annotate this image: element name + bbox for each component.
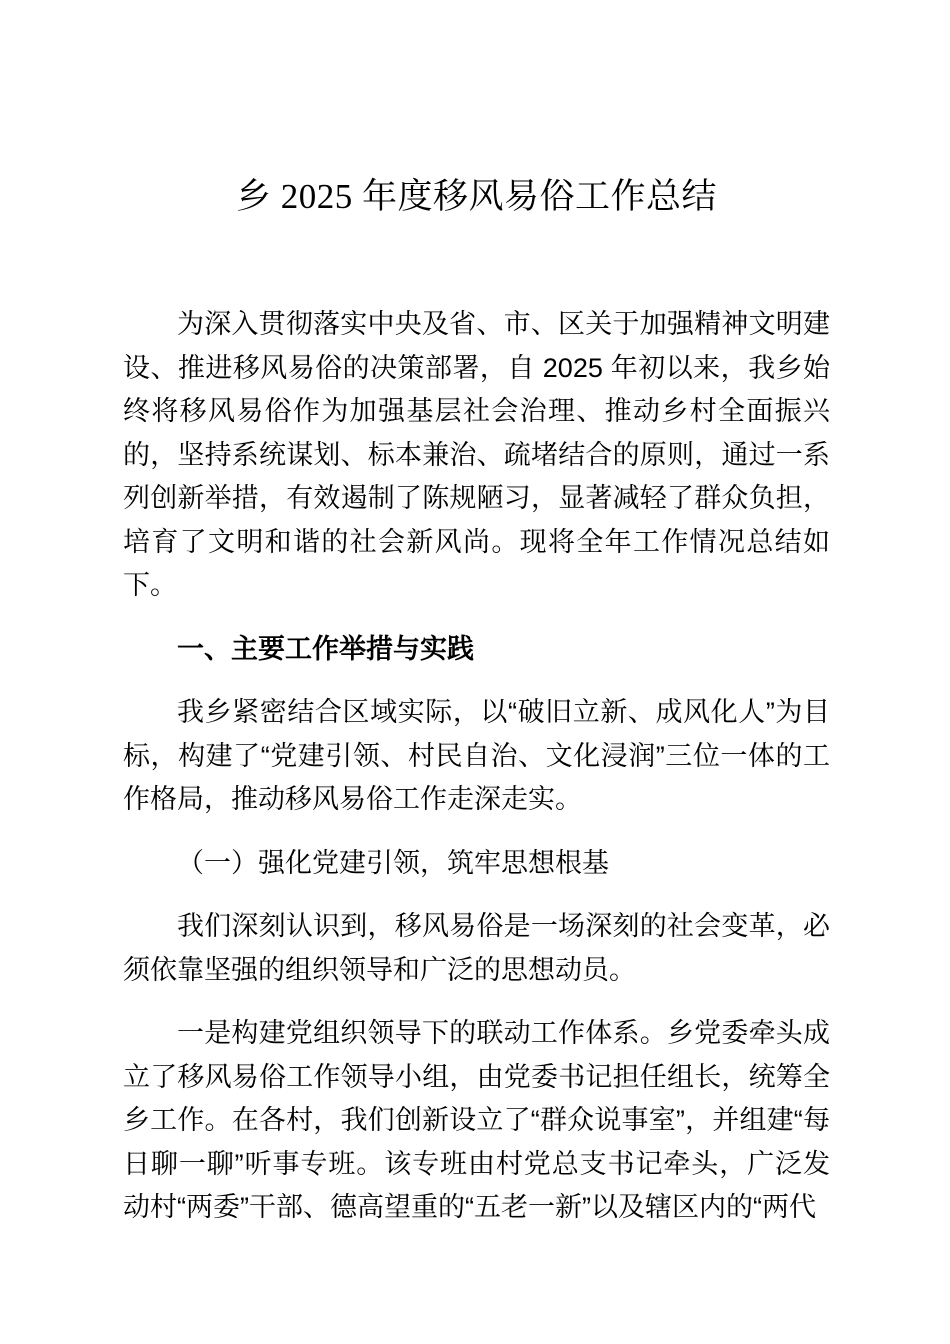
paragraph-intro: 为深入贯彻落实中央及省、市、区关于加强精神文明建设、推进移风易俗的决策部署，自 … — [123, 303, 830, 608]
document-title: 乡 2025 年度移风易俗工作总结 — [123, 175, 830, 219]
heading-section-1: 一、主要工作举措与实践 — [123, 628, 830, 672]
paragraph-measure-one: 一是构建党组织领导下的联动工作体系。乡党委牵头成立了移风易俗工作领导小组，由党委… — [123, 1012, 830, 1230]
paragraph-understanding: 我们深刻认识到，移风易俗是一场深刻的社会变革，必须依靠坚强的组织领导和广泛的思想… — [123, 905, 830, 992]
paragraph-overview: 我乡紧密结合区域实际，以“破旧立新、成风化人”为目标，构建了“党建引领、村民自治… — [123, 691, 830, 822]
document-page: 乡 2025 年度移风易俗工作总结 为深入贯彻落实中央及省、市、区关于加强精神文… — [0, 0, 950, 1344]
heading-subsection-1-1: （一）强化党建引领，筑牢思想根基 — [123, 842, 830, 886]
